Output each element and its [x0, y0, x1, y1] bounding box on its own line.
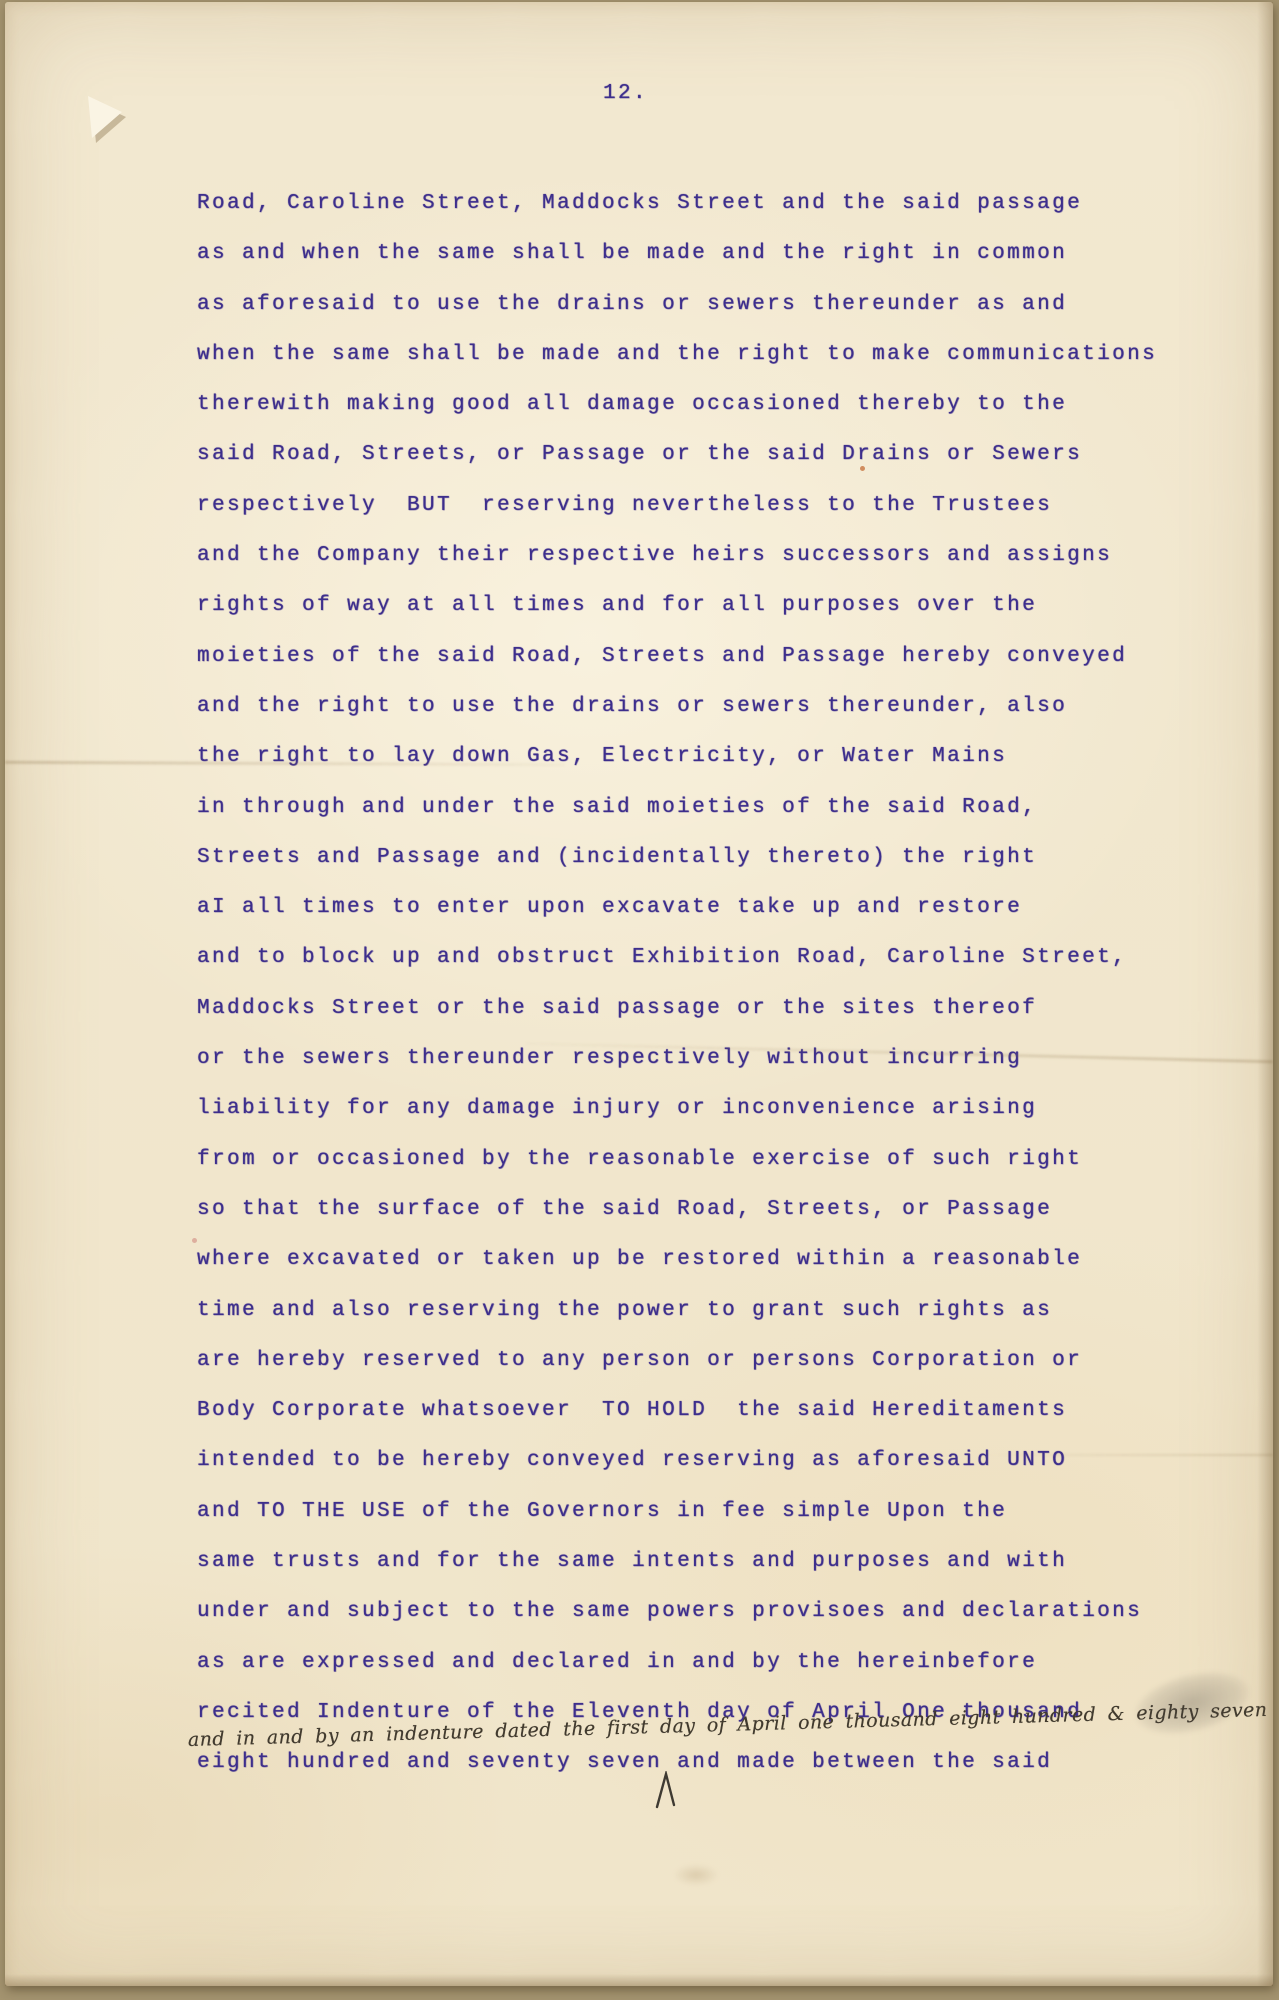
typed-line: Streets and Passage and (incidentally th…: [197, 833, 1197, 883]
typed-line: respectively BUT reserving nevertheless …: [197, 481, 1197, 531]
typed-line: or the sewers thereunder respectively wi…: [197, 1034, 1197, 1084]
typed-line: said Road, Streets, or Passage or the sa…: [197, 430, 1197, 480]
typed-line: and TO THE USE of the Governors in fee s…: [197, 1487, 1197, 1537]
typed-line: same trusts and for the same intents and…: [197, 1537, 1197, 1587]
typed-line: moieties of the said Road, Streets and P…: [197, 632, 1197, 682]
typed-line: where excavated or taken up be restored …: [197, 1235, 1197, 1285]
typed-line: Body Corporate whatsoever TO HOLD the sa…: [197, 1386, 1197, 1436]
typed-line: in through and under the said moieties o…: [197, 783, 1197, 833]
typed-line: as and when the same shall be made and t…: [197, 229, 1197, 279]
typed-line: are hereby reserved to any person or per…: [197, 1336, 1197, 1386]
typed-text-block: Road, Caroline Street, Maddocks Street a…: [197, 179, 1197, 1789]
paper-tear: [87, 90, 131, 146]
typed-line: liability for any damage injury or incon…: [197, 1084, 1197, 1134]
paper-edge-shadow: [5, 1974, 1273, 1986]
typed-line: and the Company their respective heirs s…: [197, 531, 1197, 581]
typed-line: time and also reserving the power to gra…: [197, 1286, 1197, 1336]
document-page: 12. Road, Caroline Street, Maddocks Stre…: [5, 2, 1273, 1986]
paper-speck: [192, 1238, 197, 1243]
fold-crease: [985, 1454, 1273, 1456]
page-number: 12.: [603, 82, 648, 105]
typed-line: under and subject to the same powers pro…: [197, 1587, 1197, 1637]
typed-line: aI all times to enter upon excavate take…: [197, 883, 1197, 933]
paper-speck: [860, 466, 865, 471]
typed-line: as are expressed and declared in and by …: [197, 1638, 1197, 1688]
typed-line: therewith making good all damage occasio…: [197, 380, 1197, 430]
typed-line: as aforesaid to use the drains or sewers…: [197, 280, 1197, 330]
typed-line: Road, Caroline Street, Maddocks Street a…: [197, 179, 1197, 229]
paper-edge-shadow: [1257, 2, 1273, 1986]
typed-line: intended to be hereby conveyed reserving…: [197, 1436, 1197, 1486]
typed-line: so that the surface of the said Road, St…: [197, 1185, 1197, 1235]
typed-line: rights of way at all times and for all p…: [197, 581, 1197, 631]
paper-stain: [673, 1864, 719, 1886]
typed-line: Maddocks Street or the said passage or t…: [197, 984, 1197, 1034]
typed-line: and to block up and obstruct Exhibition …: [197, 933, 1197, 983]
typed-line: and the right to use the drains or sewer…: [197, 682, 1197, 732]
typed-line: from or occasioned by the reasonable exe…: [197, 1135, 1197, 1185]
typed-line: when the same shall be made and the righ…: [197, 330, 1197, 380]
caret-mark: [653, 1771, 679, 1809]
typed-line: the right to lay down Gas, Electricity, …: [197, 732, 1197, 782]
